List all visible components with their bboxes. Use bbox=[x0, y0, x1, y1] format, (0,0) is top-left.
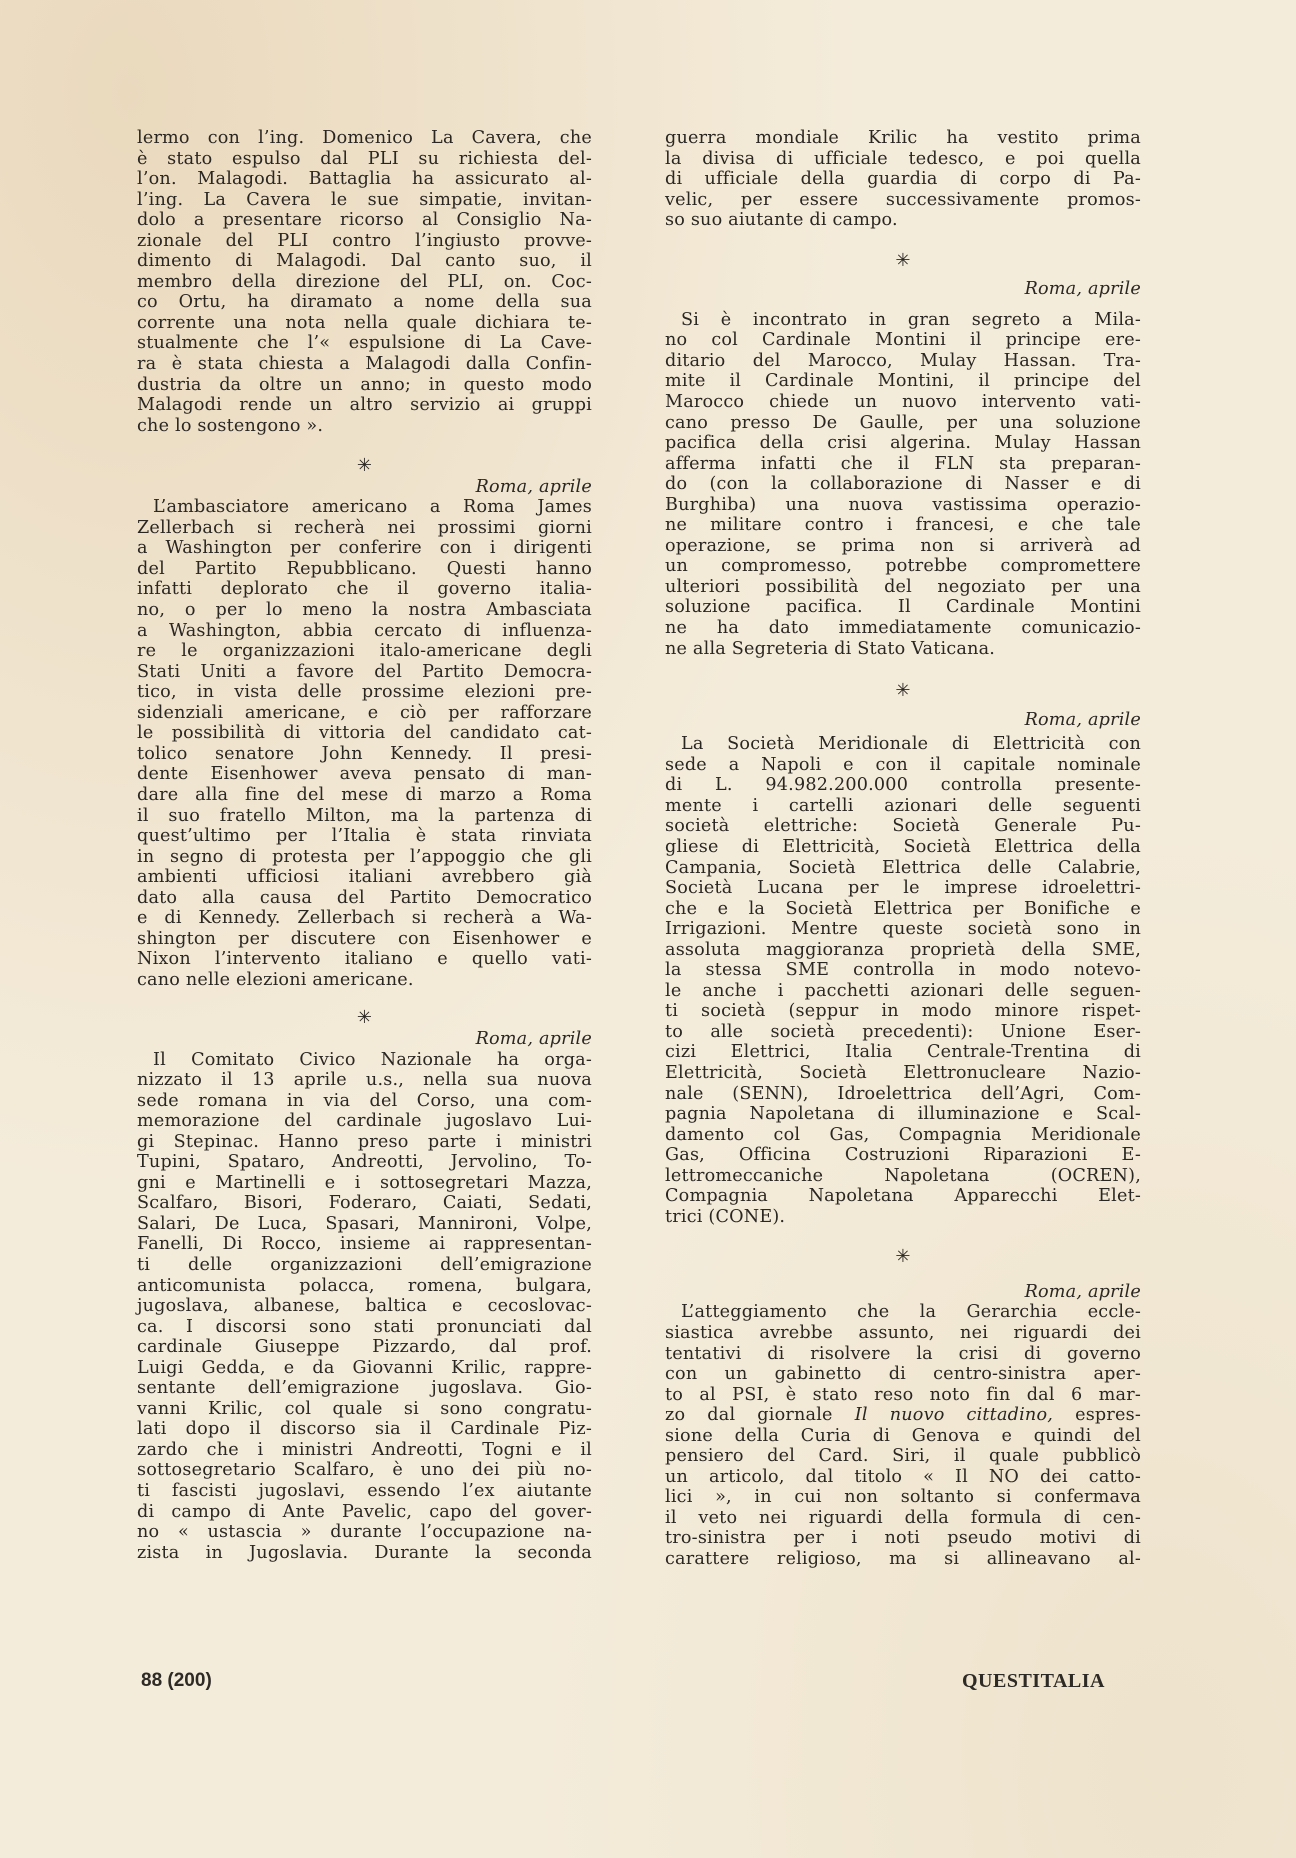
text-line: lici », in cui non soltanto si confermav… bbox=[665, 1487, 1141, 1508]
text-line: Nixon l’intervento italiano e quello vat… bbox=[137, 949, 592, 970]
section-separator-asterisk: ✳ bbox=[665, 1247, 1141, 1268]
text-line: di L. 94.982.200.000 controlla presente- bbox=[665, 775, 1141, 796]
text-line: sione della Curia di Genova e quindi del bbox=[665, 1426, 1141, 1447]
text-line: a Washington, abbia cercato di influenza… bbox=[137, 621, 592, 642]
text-line: sede a Napoli e con il capitale nominale bbox=[665, 755, 1141, 776]
text-line: società elettriche: Società Generale Pu- bbox=[665, 816, 1141, 837]
text-line: ne alla Segreteria di Stato Vaticana. bbox=[665, 639, 1141, 660]
text-line: tolico senatore John Kennedy. Il presi- bbox=[137, 744, 592, 765]
page-number: 88 (200) bbox=[141, 1670, 212, 1692]
text-line: Società Lucana per le imprese idroelettr… bbox=[665, 878, 1141, 899]
text-line: ditario del Marocco, Mulay Hassan. Tra- bbox=[665, 351, 1141, 372]
text-line: pagnia Napoletana di illuminazione e Sca… bbox=[665, 1104, 1141, 1125]
section-separator-asterisk: ✳ bbox=[665, 681, 1141, 702]
text-line: un articolo, dal titolo « Il NO dei catt… bbox=[665, 1467, 1141, 1488]
text-line: Gas, Officina Costruzioni Riparazioni E- bbox=[665, 1145, 1141, 1166]
text-line: Tupini, Spataro, Andreotti, Jervolino, T… bbox=[137, 1152, 592, 1173]
text-line: lermo con l’ing. Domenico La Cavera, che bbox=[137, 128, 592, 149]
text-line: Stati Uniti a favore del Partito Democra… bbox=[137, 662, 592, 683]
text-line: L’atteggiamento che la Gerarchia eccle- bbox=[665, 1302, 1141, 1323]
text-line: assoluta maggioranza proprietà della SME… bbox=[665, 940, 1141, 961]
text-line: guerra mondiale Krilic ha vestito prima bbox=[665, 128, 1141, 149]
text-line: so suo aiutante di campo. bbox=[665, 210, 1141, 231]
text-line: Il Comitato Civico Nazionale ha orga- bbox=[137, 1050, 592, 1071]
dateline: Roma, aprile bbox=[665, 1282, 1141, 1303]
text-line: re le organizzazioni italo-americane deg… bbox=[137, 641, 592, 662]
text-line: do (con la collaborazione di Nasser e di bbox=[665, 474, 1141, 495]
text-line: di campo di Ante Pavelic, capo del gover… bbox=[137, 1502, 592, 1523]
text-line: dente Eisenhower aveva pensato di man- bbox=[137, 764, 592, 785]
text-line: dare alla fine del mese di marzo a Roma bbox=[137, 785, 592, 806]
dateline: Roma, aprile bbox=[665, 710, 1141, 731]
section-separator-asterisk: ✳ bbox=[137, 456, 592, 477]
text-line: velic, per essere successivamente promos… bbox=[665, 190, 1141, 211]
article-mulay-hassan: Si è incontrato in gran segreto a Mila-n… bbox=[665, 310, 1141, 659]
text-line: Irrigazioni. Mentre queste società sono … bbox=[665, 919, 1141, 940]
text-line: Marocco chiede un nuovo intervento vati- bbox=[665, 392, 1141, 413]
text-line: membro della direzione del PLI, on. Coc- bbox=[137, 272, 592, 293]
section-separator-asterisk: ✳ bbox=[137, 1008, 592, 1029]
text-line: dimento di Malagodi. Dal canto suo, il bbox=[137, 251, 592, 272]
text-line: nale (SENN), Idroelettrica dell’Agri, Co… bbox=[665, 1084, 1141, 1105]
text-line: damento col Gas, Compagnia Meridionale bbox=[665, 1125, 1141, 1146]
text-line: zardo che i ministri Andreotti, Togni e … bbox=[137, 1440, 592, 1461]
text-line: ambienti ufficiosi italiani avrebbero gi… bbox=[137, 867, 592, 888]
text-line: L’ambasciatore americano a Roma James bbox=[137, 497, 592, 518]
text-line: sidenziali americane, e ciò per rafforza… bbox=[137, 703, 592, 724]
text-line: dato alla causa del Partito Democratico bbox=[137, 888, 592, 909]
text-line: un compromesso, potrebbe compromettere bbox=[665, 556, 1141, 577]
text-line: che lo sostengono ». bbox=[137, 416, 592, 437]
text-line: quest’ultimo per l’Italia è stata rinvia… bbox=[137, 826, 592, 847]
text-line: to al PSI, è stato reso noto fin dal 6 m… bbox=[665, 1385, 1141, 1406]
dateline: Roma, aprile bbox=[137, 477, 592, 498]
text-line: di ufficiale della guardia di corpo di P… bbox=[665, 169, 1141, 190]
text-line: tentativi di risolvere la crisi di gover… bbox=[665, 1344, 1141, 1365]
text-line: del Partito Repubblicano. Questi hanno bbox=[137, 559, 592, 580]
text-line: le possibilità di vittoria del candidato… bbox=[137, 723, 592, 744]
text-line: anticomunista polacca, romena, bulgara, bbox=[137, 1276, 592, 1297]
text-line: gi Stepinac. Hanno preso parte i ministr… bbox=[137, 1132, 592, 1153]
text-line: è stato espulso dal PLI su richiesta del… bbox=[137, 149, 592, 170]
text-line: La Società Meridionale di Elettricità co… bbox=[665, 734, 1141, 755]
text-line: gni e Martinelli e i sottosegretari Mazz… bbox=[137, 1173, 592, 1194]
text-line: Zellerbach si recherà nei prossimi giorn… bbox=[137, 518, 592, 539]
text-line: cano presso De Gaulle, per una soluzione bbox=[665, 413, 1141, 434]
dateline: Roma, aprile bbox=[137, 1029, 592, 1050]
newspaper-title: Il nuovo cittadino, bbox=[855, 1405, 1053, 1425]
article-gerarchia-ecclesiastica: L’atteggiamento che la Gerarchia eccle-s… bbox=[665, 1302, 1141, 1569]
text-line: Fanelli, Di Rocco, insieme ai rappresent… bbox=[137, 1234, 592, 1255]
text-line: sottosegretario Scalfaro, è uno dei più … bbox=[137, 1460, 592, 1481]
text-line: ti fascisti jugoslavi, essendo l’ex aiut… bbox=[137, 1481, 592, 1502]
text-line: tro-sinistra per i noti pseudo motivi di bbox=[665, 1528, 1141, 1549]
text-line: no, o per lo meno la nostra Ambasciata bbox=[137, 600, 592, 621]
text-line: cizi Elettrici, Italia Centrale-Trentina… bbox=[665, 1042, 1141, 1063]
text-line: ca. I discorsi sono stati pronunciati da… bbox=[137, 1317, 592, 1338]
text-line: ulteriori possibilità del negoziato per … bbox=[665, 577, 1141, 598]
text-line: la divisa di ufficiale tedesco, e poi qu… bbox=[665, 149, 1141, 170]
text-line: mite il Cardinale Montini, il principe d… bbox=[665, 371, 1141, 392]
dateline: Roma, aprile bbox=[665, 279, 1141, 300]
text-line: infatti deplorato che il governo italia- bbox=[137, 579, 592, 600]
text-line: l’ing. La Cavera le sue simpatie, invita… bbox=[137, 190, 592, 211]
text-line: nizzato il 13 aprile u.s., nella sua nuo… bbox=[137, 1070, 592, 1091]
section-separator-asterisk: ✳ bbox=[665, 251, 1141, 272]
text-line: vanni Krilic, col quale si sono congratu… bbox=[137, 1399, 592, 1420]
text-line: gliese di Elettricità, Società Elettrica… bbox=[665, 837, 1141, 858]
text-line: Scalfaro, Bisori, Foderaro, Caiati, Seda… bbox=[137, 1193, 592, 1214]
text-line: la stessa SME controlla in modo notevo- bbox=[665, 960, 1141, 981]
text-line: dolo a presentare ricorso al Consiglio N… bbox=[137, 210, 592, 231]
text-line: carattere religioso, ma si allineavano a… bbox=[665, 1549, 1141, 1570]
text-line: sentante dell’emigrazione jugoslava. Gio… bbox=[137, 1378, 592, 1399]
text-line: ra è stata chiesta a Malagodi dalla Conf… bbox=[137, 354, 592, 375]
text-line: l’on. Malagodi. Battaglia ha assicurato … bbox=[137, 169, 592, 190]
left-column: lermo con l’ing. Domenico La Cavera, che… bbox=[137, 128, 592, 1563]
text-line: shington per discutere con Eisenhower e bbox=[137, 929, 592, 950]
article-zellerbach: L’ambasciatore americano a Roma JamesZel… bbox=[137, 497, 592, 990]
text-line: ne militare contro i francesi, e che tal… bbox=[665, 515, 1141, 536]
text-line: il veto nei riguardi della formula di ce… bbox=[665, 1508, 1141, 1529]
text-line: lettromeccaniche Napoletana (OCREN), bbox=[665, 1166, 1141, 1187]
text-line: e di Kennedy. Zellerbach si recherà a Wa… bbox=[137, 908, 592, 929]
text-line: ti società (seppur in modo minore rispet… bbox=[665, 1001, 1141, 1022]
text-line: con un gabinetto di centro-sinistra aper… bbox=[665, 1364, 1141, 1385]
text-line: che e la Società Elettrica per Bonifiche… bbox=[665, 899, 1141, 920]
text-line: Compagnia Napoletana Apparecchi Elet- bbox=[665, 1186, 1141, 1207]
text-line: Si è incontrato in gran segreto a Mila- bbox=[665, 310, 1141, 331]
text-line: in segno di protesta per l’appoggio che … bbox=[137, 847, 592, 868]
text-line: co Ortu, ha diramato a nome della sua bbox=[137, 292, 592, 313]
text-line: memorazione del cardinale jugoslavo Lui- bbox=[137, 1111, 592, 1132]
right-column: guerra mondiale Krilic ha vestito primal… bbox=[665, 128, 1141, 1570]
text-line: Burghiba) una nuova vastissima operazio- bbox=[665, 495, 1141, 516]
text-line: no « ustascia » durante l’occupazione na… bbox=[137, 1522, 592, 1543]
text-line: trici (CONE). bbox=[665, 1207, 1141, 1228]
text-line: jugoslava, albanese, baltica e cecoslova… bbox=[137, 1296, 592, 1317]
article-continuation-la-cavera: lermo con l’ing. Domenico La Cavera, che… bbox=[137, 128, 592, 436]
article-comitato-civico: Il Comitato Civico Nazionale ha orga-niz… bbox=[137, 1050, 592, 1564]
text-line: zionale del PLI contro l’ingiusto provve… bbox=[137, 231, 592, 252]
text-line: operazione, se prima non si arriverà ad bbox=[665, 536, 1141, 557]
text-line: zo dal giornale Il nuovo cittadino, espr… bbox=[665, 1405, 1141, 1426]
text-line: a Washington per conferire con i dirigen… bbox=[137, 538, 592, 559]
text-line: Campania, Società Elettrica delle Calabr… bbox=[665, 858, 1141, 879]
text-line: il suo fratello Milton, ma la partenza d… bbox=[137, 806, 592, 827]
text-line: lati dopo il discorso sia il Cardinale P… bbox=[137, 1419, 592, 1440]
text-line: soluzione pacifica. Il Cardinale Montini bbox=[665, 597, 1141, 618]
text-line: pacifica della crisi algerina. Mulay Has… bbox=[665, 433, 1141, 454]
text-line: cardinale Giuseppe Pizzardo, dal prof. bbox=[137, 1337, 592, 1358]
text-line: Luigi Gedda, e da Giovanni Krilic, rappr… bbox=[137, 1358, 592, 1379]
article-continuation-krilic: guerra mondiale Krilic ha vestito primal… bbox=[665, 128, 1141, 231]
text-line: tico, in vista delle prossime elezioni p… bbox=[137, 682, 592, 703]
text-line: no col Cardinale Montini il principe ere… bbox=[665, 330, 1141, 351]
text-line: le anche i pacchetti azionari delle segu… bbox=[665, 981, 1141, 1002]
text-line: sede romana in via del Corso, una com- bbox=[137, 1091, 592, 1112]
text-line: stualmente che l’« espulsione di La Cave… bbox=[137, 333, 592, 354]
text-line: siastica avrebbe assunto, nei riguardi d… bbox=[665, 1323, 1141, 1344]
text-line: dustria da oltre un anno; in questo modo bbox=[137, 375, 592, 396]
text-line: Elettricità, Società Elettronucleare Naz… bbox=[665, 1063, 1141, 1084]
publication-name: QUESTITALIA bbox=[962, 1670, 1105, 1693]
text-line: cano nelle elezioni americane. bbox=[137, 970, 592, 991]
text-line: pensiero del Card. Siri, il quale pubbli… bbox=[665, 1446, 1141, 1467]
text-line: to alle società precedenti): Unione Eser… bbox=[665, 1022, 1141, 1043]
text-line: ne ha dato immediatamente comunicazio- bbox=[665, 618, 1141, 639]
article-sme-elettricita: La Società Meridionale di Elettricità co… bbox=[665, 734, 1141, 1227]
text-line: afferma infatti che il FLN sta preparan- bbox=[665, 454, 1141, 475]
text-line: ti delle organizzazioni dell’emigrazione bbox=[137, 1255, 592, 1276]
text-line: Malagodi rende un altro servizio ai grup… bbox=[137, 395, 592, 416]
text-line: Salari, De Luca, Spasari, Manni­roni, Vo… bbox=[137, 1214, 592, 1235]
text-line: zista in Jugoslavia. Durante la seconda bbox=[137, 1543, 592, 1564]
text-line: corrente una nota nella quale dichiara t… bbox=[137, 313, 592, 334]
text-line: mente i cartelli azionari delle seguenti bbox=[665, 796, 1141, 817]
